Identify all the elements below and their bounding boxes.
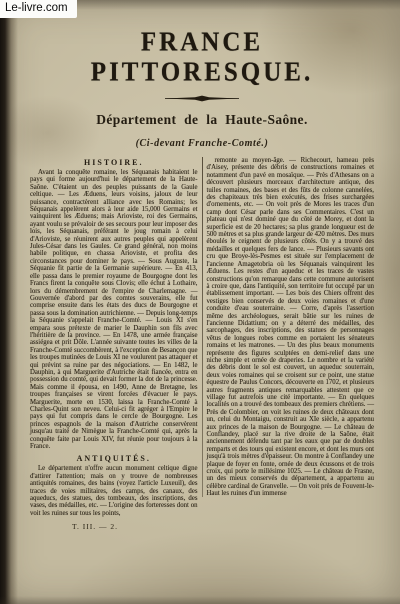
right-column: remonte au moyen-âge. — Richecourt, hame… bbox=[207, 157, 375, 531]
swelled-rule-shape bbox=[165, 95, 239, 102]
section-heading-histoire: HISTOIRE. bbox=[30, 158, 198, 167]
right-column-paragraph: remonte au moyen-âge. — Richecourt, hame… bbox=[207, 157, 375, 498]
section-heading-antiquites: ANTIQUITÉS. bbox=[30, 454, 198, 463]
page-title: FRANCE PITTORESQUE. bbox=[30, 28, 374, 88]
left-column: HISTOIRE. Avant la conquête romaine, les… bbox=[30, 157, 198, 531]
histoire-paragraph: Avant la conquête romaine, les Séquanais… bbox=[30, 169, 198, 450]
department-heading: Département de la Haute-Saône. bbox=[30, 112, 374, 128]
scanned-page: Le-livre.com FRANCE PITTORESQUE. Départe… bbox=[0, 0, 400, 604]
two-column-text: HISTOIRE. Avant la conquête romaine, les… bbox=[30, 157, 374, 531]
former-province-name: (Ci-devant Franche-Comté.) bbox=[30, 138, 374, 149]
column-divider bbox=[202, 157, 203, 497]
swelled-rule-divider bbox=[30, 95, 374, 102]
volume-signature: T. III. — 2. bbox=[30, 522, 198, 531]
page-gutter-shadow bbox=[0, 0, 18, 604]
page-content: FRANCE PITTORESQUE. Département de la Ha… bbox=[30, 0, 374, 604]
antiquites-paragraph: Le département n'offre aucun monument ce… bbox=[30, 465, 198, 517]
seller-watermark: Le-livre.com bbox=[0, 0, 77, 18]
